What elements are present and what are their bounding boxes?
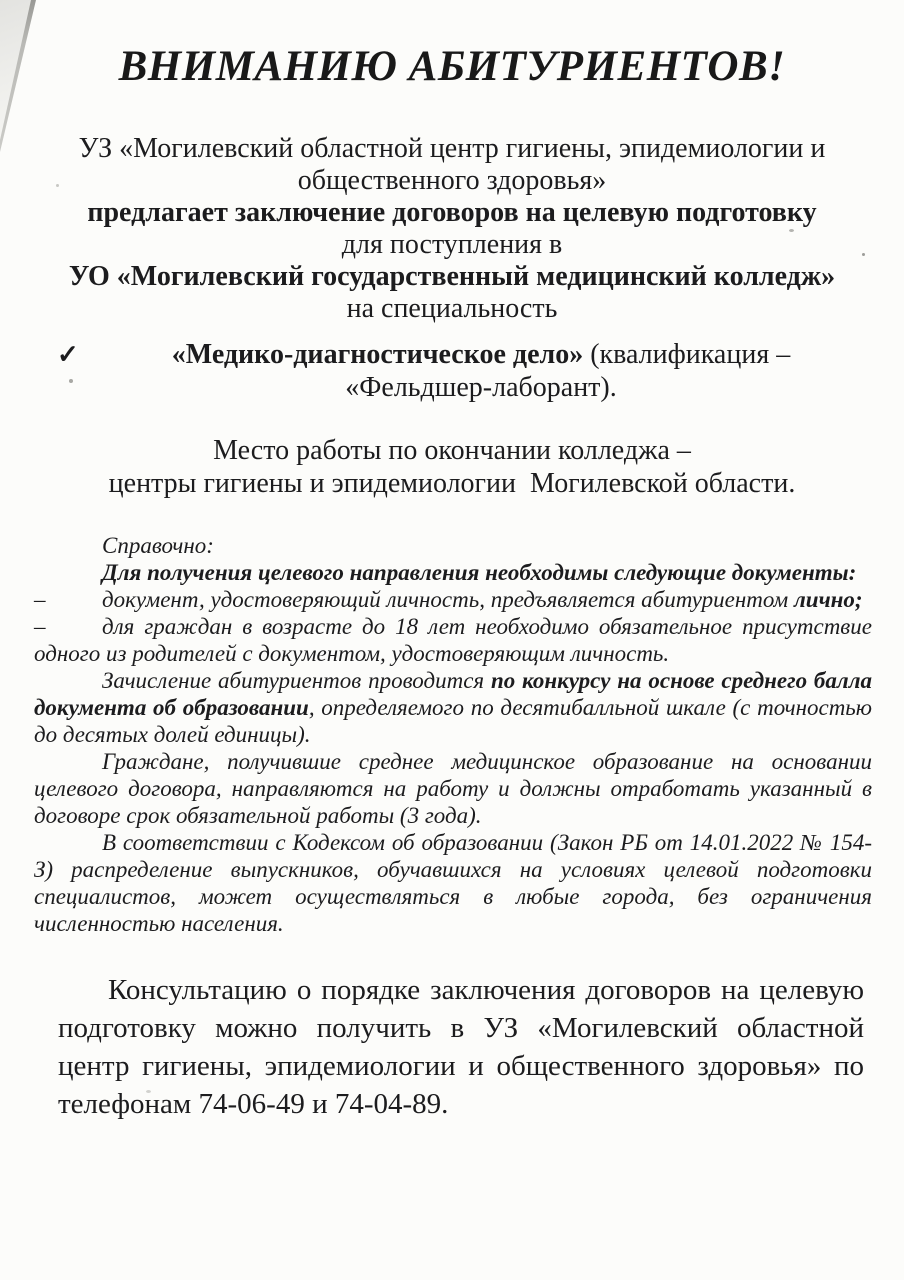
workplace-block: Место работы по окончании колледжа – цен… — [0, 434, 904, 500]
enrollment-paragraph: Зачисление абитуриентов проводится по ко… — [34, 667, 872, 748]
checkmark-icon: ✓ — [57, 338, 79, 371]
scan-speckle — [56, 184, 59, 187]
dash-marker: – — [34, 613, 102, 640]
scan-speckle — [862, 253, 865, 256]
documents-required-text: Для получения целевого направления необх… — [102, 560, 856, 585]
document-title: ВНИМАНИЮ АБИТУРИЕНТОВ! — [30, 42, 874, 91]
specialty-name: «Медико-диагностическое дело» — [172, 339, 583, 370]
enrollment-pre: Зачисление абитуриентов проводится — [102, 668, 491, 693]
reference-section: Справочно: Для получения целевого направ… — [34, 532, 872, 937]
education-code-paragraph: В соответствии с Кодексом об образовании… — [34, 829, 872, 937]
consultation-paragraph: Консультацию о порядке заключения догово… — [58, 971, 864, 1123]
workplace-line1: Место работы по окончании колледжа – — [0, 434, 904, 467]
offer-line: предлагает заключение договоров на целев… — [0, 197, 904, 229]
college-name: УО «Могилевский государственный медицинс… — [0, 261, 904, 293]
list-item: –для граждан в возрасте до 18 лет необхо… — [34, 613, 872, 667]
list-item-text: документ, удостоверяющий личность, предъ… — [102, 587, 794, 612]
admission-line: для поступления в — [0, 229, 904, 261]
reference-heading: Справочно: — [34, 532, 872, 559]
specialty-bullet: ✓ «Медико-диагностическое дело» (квалифи… — [0, 338, 904, 404]
specialty-label: на специальность — [0, 293, 904, 325]
header-block: УЗ «Могилевский областной центр гигиены,… — [0, 133, 904, 325]
dash-marker: – — [34, 586, 102, 613]
list-item-text: для граждан в возрасте до 18 лет необход… — [34, 614, 872, 666]
list-item: –документ, удостоверяющий личность, пред… — [34, 586, 872, 613]
list-item-bold: лично; — [794, 587, 863, 612]
organization-name: УЗ «Могилевский областной центр гигиены,… — [57, 133, 847, 197]
scan-speckle — [789, 229, 794, 232]
scan-speckle — [146, 1090, 151, 1093]
specialty-text: «Медико-диагностическое дело» (квалифика… — [96, 338, 866, 404]
documents-required-line: Для получения целевого направления необх… — [34, 559, 872, 586]
workplace-line2: центры гигиены и эпидемиологии Могилевск… — [0, 467, 904, 500]
scanned-document-page: ВНИМАНИЮ АБИТУРИЕНТОВ! УЗ «Могилевский о… — [0, 0, 904, 1280]
graduates-paragraph: Граждане, получившие среднее медицинское… — [34, 748, 872, 829]
